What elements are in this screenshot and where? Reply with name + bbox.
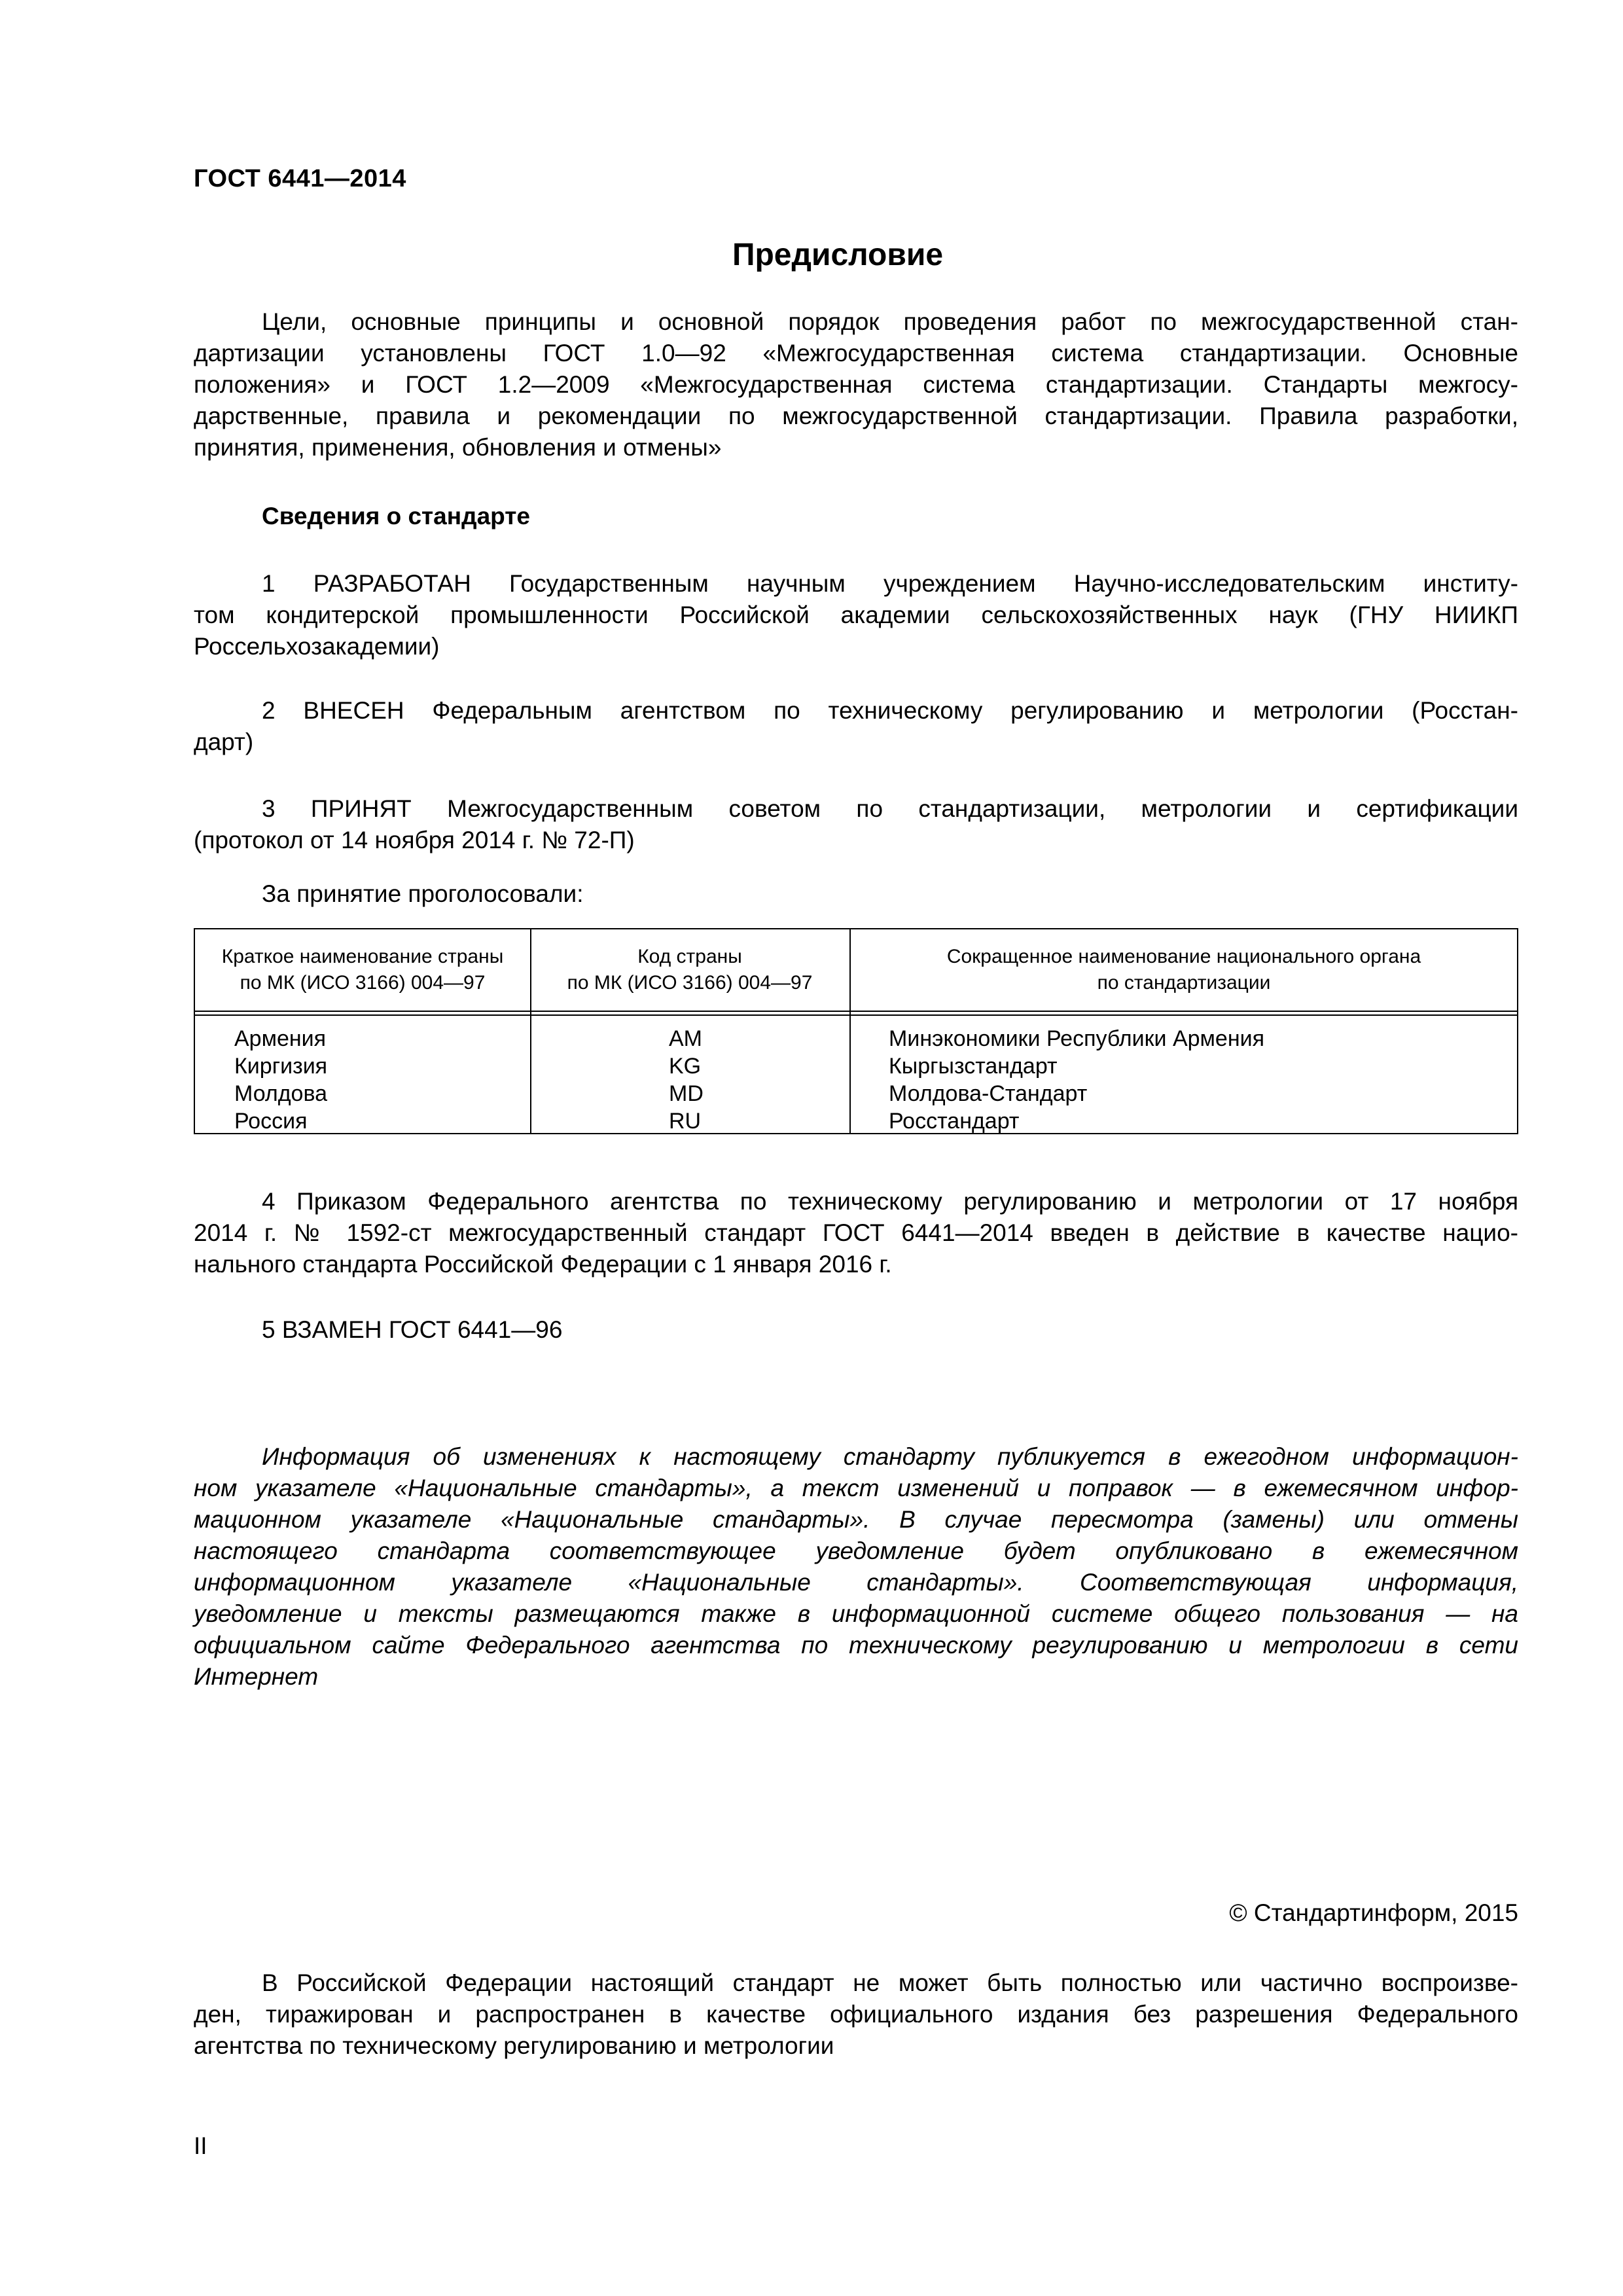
cell-country: Армения xyxy=(234,1025,326,1052)
voted-label: За принятие проголосовали: xyxy=(262,880,584,908)
text-line: информационном указателе «Национальные с… xyxy=(194,1567,1518,1598)
text-line: дартизации установлены ГОСТ 1.0—92 «Межг… xyxy=(194,338,1518,369)
cell-code: RU xyxy=(669,1107,701,1135)
cell-country: Киргизия xyxy=(234,1052,327,1080)
item-2: 2 ВНЕСЕН Федеральным агентством по техни… xyxy=(194,695,1518,758)
text-line: агентства по техническому регулированию … xyxy=(194,2030,1518,2062)
cell-country: Россия xyxy=(234,1107,308,1135)
cell-body: Минэкономики Республики Армения xyxy=(889,1025,1264,1052)
text-line: 5 ВЗАМЕН ГОСТ 6441—96 xyxy=(194,1314,1518,1346)
table-header-body: Сокращенное наименование национального о… xyxy=(849,944,1518,996)
copyright: © Стандартинформ, 2015 xyxy=(1229,1899,1518,1927)
cell-body: Кыргызстандарт xyxy=(889,1052,1058,1080)
document-code: ГОСТ 6441—2014 xyxy=(194,165,406,193)
table-header-code: Код страны по МК (ИСО 3166) 004—97 xyxy=(530,944,849,996)
text-line: 1 РАЗРАБОТАН Государственным научным учр… xyxy=(194,568,1518,600)
text-line: официальном сайте Федерального агентства… xyxy=(194,1630,1518,1661)
item-4: 4 Приказом Федерального агентства по тех… xyxy=(194,1186,1518,1280)
text-line: дарственные, правила и рекомендации по м… xyxy=(194,401,1518,432)
text-line: 2 ВНЕСЕН Федеральным агентством по техни… xyxy=(194,695,1518,726)
text-line: настоящего стандарта соответствующее уве… xyxy=(194,1535,1518,1567)
text-line: положения» и ГОСТ 1.2—2009 «Межгосударст… xyxy=(194,369,1518,401)
item-5: 5 ВЗАМЕН ГОСТ 6441—96 xyxy=(194,1314,1518,1346)
text-line: Россельхозакадемии) xyxy=(194,631,1518,662)
text-line: Цели, основные принципы и основной поряд… xyxy=(194,306,1518,338)
item-3: 3 ПРИНЯТ Межгосударственным советом по с… xyxy=(194,793,1518,856)
text-line: Интернет xyxy=(194,1661,1518,1693)
notice-paragraph: Информация об изменениях к настоящему ст… xyxy=(194,1441,1518,1693)
text-line: В Российской Федерации настоящий стандар… xyxy=(194,1967,1518,1999)
header-divider xyxy=(195,1011,1517,1012)
cell-body: Росстандарт xyxy=(889,1107,1019,1135)
text-line: том кондитерской промышленности Российск… xyxy=(194,600,1518,631)
cell-code: KG xyxy=(669,1052,701,1080)
header-divider xyxy=(195,1014,1517,1016)
table-header-country: Краткое наименование страны по МК (ИСО 3… xyxy=(195,944,530,996)
text-line: ном указателе «Национальные стандарты», … xyxy=(194,1473,1518,1504)
text-line: дарт) xyxy=(194,726,1518,758)
text-line: уведомление и тексты размещаются также в… xyxy=(194,1598,1518,1630)
section-heading: Сведения о стандарте xyxy=(262,503,530,530)
text-line: 2014 г. № 1592-ст межгосударственный ста… xyxy=(194,1217,1518,1249)
cell-country: Молдова xyxy=(234,1080,327,1107)
item-1: 1 РАЗРАБОТАН Государственным научным учр… xyxy=(194,568,1518,662)
text-line: нального стандарта Российской Федерации … xyxy=(194,1249,1518,1280)
cell-body: Молдова-Стандарт xyxy=(889,1080,1087,1107)
cell-code: AM xyxy=(669,1025,702,1052)
text-line: (протокол от 14 ноября 2014 г. № 72-П) xyxy=(194,825,1518,856)
page-title: Предисловие xyxy=(0,237,1623,273)
rights-paragraph: В Российской Федерации настоящий стандар… xyxy=(194,1967,1518,2062)
text-line: мационном указателе «Национальные станда… xyxy=(194,1504,1518,1535)
intro-paragraph: Цели, основные принципы и основной поряд… xyxy=(194,306,1518,463)
voting-table: Краткое наименование страны по МК (ИСО 3… xyxy=(194,928,1518,1134)
text-line: 4 Приказом Федерального агентства по тех… xyxy=(194,1186,1518,1217)
cell-code: MD xyxy=(669,1080,704,1107)
text-line: ден, тиражирован и распространен в качес… xyxy=(194,1999,1518,2030)
text-line: 3 ПРИНЯТ Межгосударственным советом по с… xyxy=(194,793,1518,825)
text-line: Информация об изменениях к настоящему ст… xyxy=(194,1441,1518,1473)
text-line: принятия, применения, обновления и отмен… xyxy=(194,432,1518,463)
page-number: II xyxy=(194,2132,207,2160)
